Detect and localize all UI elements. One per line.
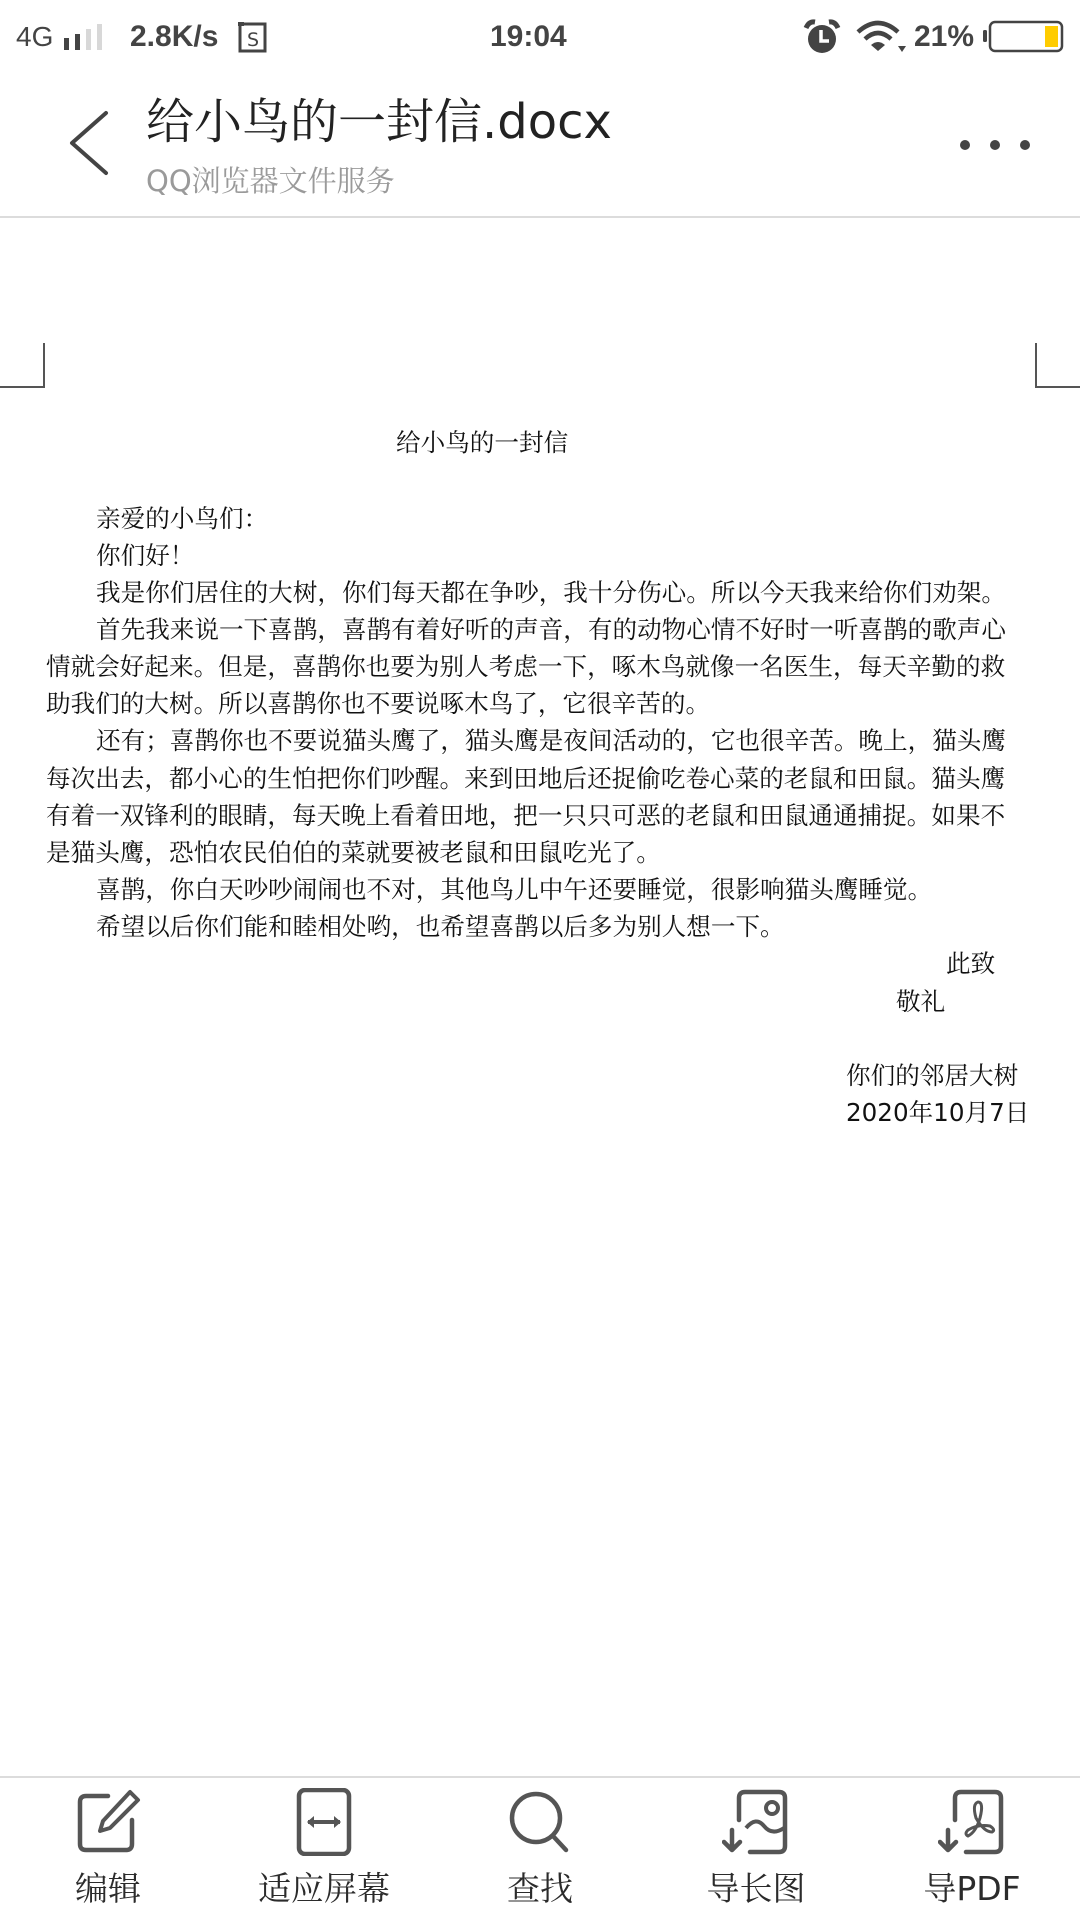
edit-button[interactable]: 编辑 xyxy=(8,1786,208,1916)
edit-icon xyxy=(74,1788,142,1856)
letter-line: 首先我来说一下喜鹊，喜鹊有着好听的声音，有的动物心情不好时一听喜鹊的歌声心 xyxy=(96,611,1006,648)
document-source-subtitle: QQ浏览器文件服务 xyxy=(146,162,395,200)
toolbar-divider xyxy=(0,1776,1080,1778)
fit-screen-button[interactable]: 适应屏幕 xyxy=(224,1786,424,1916)
more-dot xyxy=(960,140,970,150)
search-label: 查找 xyxy=(507,1868,573,1910)
letter-date: 2020年10月7日 xyxy=(846,1094,1029,1131)
clock: 19:04 xyxy=(490,18,567,56)
letter-line: 亲爱的小鸟们： xyxy=(96,500,268,537)
more-dot xyxy=(1020,140,1030,150)
svg-text:S: S xyxy=(247,29,259,51)
more-horizontal-icon[interactable] xyxy=(960,130,1030,160)
export-pdf-label: 导PDF xyxy=(923,1868,1020,1910)
letter-line: 是猫头鹰，恐怕农民伯伯的菜就要被老鼠和田鼠吃光了。 xyxy=(46,834,661,871)
letter-line: 情就会好起来。但是，喜鹊你也要为别人考虑一下，啄木鸟就像一名医生，每天辛勤的救 xyxy=(46,648,1005,685)
letter-closing: 此致 xyxy=(946,945,995,982)
alarm-icon xyxy=(803,19,841,55)
s-app-icon: S xyxy=(238,20,268,54)
letter-line: 你们好！ xyxy=(96,537,194,574)
letter-line: 希望以后你们能和睦相处哟，也希望喜鹊以后多为别人想一下。 xyxy=(96,908,785,945)
edit-label: 编辑 xyxy=(75,1868,141,1910)
letter-line: 每次出去，都小心的生怕把你们吵醒。来到田地后还捉偷吃卷心菜的老鼠和田鼠。猫头鹰 xyxy=(46,760,1005,797)
fit-screen-label: 适应屏幕 xyxy=(258,1868,390,1910)
document-file-title: 给小鸟的一封信.docx xyxy=(146,92,612,152)
header-divider xyxy=(0,216,1080,218)
letter-line: 有着一双锋利的眼睛，每天晚上看着田地，把一只只可恶的老鼠和田鼠通通捕捉。如果不 xyxy=(46,797,1005,834)
page-margin-corner-right xyxy=(1035,343,1080,388)
export-long-image-button[interactable]: 导长图 xyxy=(656,1786,856,1916)
export-long-image-label: 导长图 xyxy=(707,1868,806,1910)
more-dot xyxy=(990,140,1000,150)
wifi-icon xyxy=(856,20,908,54)
letter-signature: 你们的邻居大树 xyxy=(846,1057,1018,1094)
letter-title: 给小鸟的一封信 xyxy=(396,424,568,461)
page-margin-corner-left xyxy=(0,343,45,388)
export-long-image-icon xyxy=(722,1788,790,1856)
search-icon xyxy=(506,1788,574,1856)
letter-line: 还有；喜鹊你也不要说猫头鹰了，猫头鹰是夜间活动的，它也很辛苦。晚上，猫头鹰 xyxy=(96,722,1006,759)
battery-percent: 21% xyxy=(914,18,974,56)
network-speed: 2.8K/s xyxy=(130,18,218,56)
signal-icon xyxy=(62,24,108,52)
letter-salute: 敬礼 xyxy=(896,983,945,1020)
network-type: 4G xyxy=(16,18,53,56)
status-bar: 4G 2.8K/s S 19:04 21% xyxy=(0,0,1080,72)
chevron-left-icon[interactable] xyxy=(60,105,120,185)
search-button[interactable]: 查找 xyxy=(440,1786,640,1916)
export-pdf-button[interactable]: 导PDF xyxy=(872,1786,1072,1916)
battery-icon xyxy=(983,20,1065,54)
export-pdf-icon xyxy=(938,1788,1006,1856)
letter-line: 我是你们居住的大树，你们每天都在争吵，我十分伤心。所以今天我来给你们劝架。 xyxy=(96,574,1006,611)
letter-line: 助我们的大树。所以喜鹊你也不要说啄木鸟了，它很辛苦的。 xyxy=(46,685,710,722)
letter-line: 喜鹊，你白天吵吵闹闹也不对，其他鸟儿中午还要睡觉，很影响猫头鹰睡觉。 xyxy=(96,871,932,908)
fit-screen-icon xyxy=(290,1788,358,1856)
